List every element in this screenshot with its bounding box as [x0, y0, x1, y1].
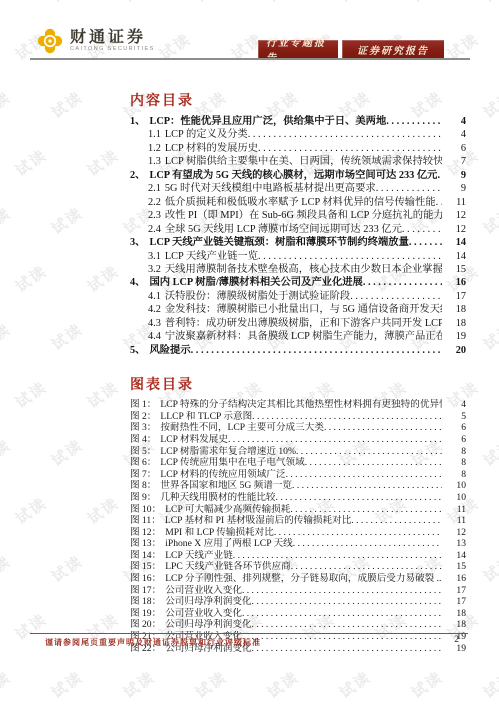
entry-title: LCP 传统应用集中在电子电气领域 — [160, 457, 304, 469]
entry-number: 图 9： — [130, 492, 160, 504]
entry-page: 14 — [442, 236, 466, 249]
toc-heading: 内容目录 — [130, 90, 466, 110]
entry-page: 18 — [442, 619, 466, 631]
entry-title: LCP 材料发展史 — [160, 434, 228, 446]
entry-number: 4.2 — [148, 303, 165, 316]
entry-number: 图 19： — [130, 608, 165, 620]
watermark-stamp: 试读 — [479, 86, 499, 123]
watermark-stamp: 试读 — [407, 0, 447, 7]
entry-page: 6 — [442, 434, 466, 446]
toc-entry: 4.4宁波聚嘉新材料：具备膜级 LCP 树脂生产能力，薄膜产品正在中试19 — [130, 330, 466, 343]
research-report-badge: 证券研究报告 — [342, 40, 444, 58]
entry-title: LCP 的定义及分类 — [165, 128, 248, 141]
entry-page: 12 — [442, 527, 466, 539]
figure-entry: 图 6：LCP 传统应用集中在电子电气领域8 — [130, 457, 466, 469]
watermark-stamp: 试读 — [47, 318, 87, 355]
leader-dots — [252, 411, 442, 423]
figure-entry: 图 20：公司归母净利润变化18 — [130, 619, 466, 631]
entry-title: LCP 树脂供给主要集中在美、日两国，传统领域需求保持较快增长. — [165, 155, 442, 168]
watermark-stamp: 试读 — [335, 666, 375, 703]
entry-number: 4.1 — [148, 290, 165, 303]
watermark-stamp: 试读 — [191, 666, 231, 703]
entry-page: 18 — [442, 608, 466, 620]
leader-dots — [363, 276, 442, 289]
entry-page: 4 — [442, 128, 466, 141]
entry-page: 13 — [442, 538, 466, 550]
entry-title: 5G 时代对天线模组中电路板基材提出更高要求 — [165, 182, 376, 195]
toc-entry: 1.3LCP 树脂供给主要集中在美、日两国，传统领域需求保持较快增长.7 — [130, 155, 466, 168]
entry-title: LCP 有望成为 5G 天线的核心膜材，远期市场空间可达 233 亿元 — [149, 169, 437, 182]
toc-entry: 5、风险提示20 — [130, 344, 466, 357]
leader-dots — [252, 596, 442, 608]
toc-entry: 4.1沃特股份：薄膜级树脂处于测试验证阶段17 — [130, 290, 466, 303]
figure-entry: 图 11：LCP 基材和 PI 基材吸湿前后的传输损耗对比11 — [130, 515, 466, 527]
entry-number: 4.4 — [148, 330, 165, 343]
entry-number: 图 17： — [130, 585, 165, 597]
leader-dots — [248, 128, 442, 141]
figure-entry: 图 14：LCP 天线产业链14 — [130, 550, 466, 562]
entry-title: 低介质损耗和极低吸水率赋予 LCP 材料优异的信号传输性能 — [165, 196, 436, 209]
entry-page: 6 — [442, 142, 466, 155]
report-page: 试读试读试读试读试读试读试读试读试读试读试读试读试读试读试读试读试读试读试读试读… — [0, 0, 499, 706]
entry-title: 世界各国家和地区 5G 频谱一览 — [160, 480, 292, 492]
brand-text: 财通证券 CAITONG SECURITIES — [70, 29, 155, 53]
leader-dots — [351, 515, 442, 527]
entry-title: 普利特：成功研发出薄膜级树脂，正和下游客户共同开发 LCP 薄膜 — [165, 317, 442, 330]
entry-number: 3.1 — [148, 250, 165, 263]
entry-number: 2、 — [130, 169, 149, 182]
figure-entry: 图 7：LCP 材料的传统应用领域广泛8 — [130, 469, 466, 481]
toc-entry: 2.15G 时代对天线模组中电路板基材提出更高要求9 — [130, 182, 466, 195]
entry-page: 11 — [442, 504, 466, 516]
watermark-stamp: 试读 — [47, 666, 87, 703]
leader-dots — [376, 182, 442, 195]
watermark-stamp: 试读 — [0, 86, 15, 123]
watermark-stamp: 试读 — [479, 202, 499, 239]
figure-entry: 图 9：几种天线用膜材的性能比较10 — [130, 492, 466, 504]
entry-title: 宁波聚嘉新材料：具备膜级 LCP 树脂生产能力，薄膜产品正在中试 — [165, 330, 442, 343]
watermark-stamp: 试读 — [479, 550, 499, 587]
entry-number: 2.2 — [148, 196, 165, 209]
entry-title: 金发科技：薄膜树脂已小批量出口，与 5G 通信设备商开发天线产品 — [165, 303, 442, 316]
watermark-stamp: 试读 — [191, 0, 231, 7]
watermark-stamp: 试读 — [0, 318, 15, 355]
entry-number: 图 1： — [130, 399, 160, 411]
entry-title: LCP 特殊的分子结构决定其相比其他热塑性材料拥有更独特的优异性能 — [160, 399, 442, 411]
entry-page: 5 — [442, 411, 466, 423]
brand-name-en: CAITONG SECURITIES — [70, 46, 155, 53]
watermark-stamp: 试读 — [0, 434, 15, 471]
leader-dots — [276, 492, 442, 504]
entry-title: LCP 天线产业链 — [165, 550, 233, 562]
brand-logo: 财通证券 CAITONG SECURITIES — [36, 27, 155, 55]
watermark-stamp: 试读 — [11, 260, 51, 297]
entry-number: 图 20： — [130, 619, 165, 631]
entry-number: 图 10： — [130, 504, 165, 516]
leader-dots — [324, 422, 442, 434]
leader-dots — [296, 446, 442, 458]
entry-page: 15 — [442, 561, 466, 573]
entry-page: 17 — [442, 596, 466, 608]
entry-number: 5、 — [130, 344, 149, 357]
leader-dots — [291, 561, 442, 573]
industry-report-badge: 行业专题报告 — [258, 40, 338, 58]
entry-page: 20 — [442, 344, 466, 357]
watermark-stamp: 试读 — [83, 260, 123, 297]
watermark-stamp: 试读 — [0, 0, 15, 7]
entry-title: LCP 材料的发展历史 — [165, 142, 258, 155]
entry-title: 天线用薄膜制备技术壁垒极高，核心技术由少数日本企业掌握 — [165, 263, 442, 276]
leader-dots — [409, 236, 442, 249]
leader-dots — [286, 469, 442, 481]
entry-title: LCP 材料的传统应用领域广泛 — [160, 469, 285, 481]
figure-entry: 图 15：LPC 天线产业链各环节供应商15 — [130, 561, 466, 573]
toc-entry: 2、LCP 有望成为 5G 天线的核心膜材，远期市场空间可达 233 亿元9 — [130, 169, 466, 182]
entry-page: 19 — [442, 330, 466, 343]
entry-page: 14 — [442, 550, 466, 562]
watermark-stamp: 试读 — [263, 0, 303, 7]
footer-page-number: 2 — [454, 635, 459, 645]
entry-page: 11 — [442, 196, 466, 209]
entry-number: 1、 — [130, 115, 149, 128]
watermark-stamp: 试读 — [479, 666, 499, 703]
entry-title: LCP 分子刚性强、排列规整，分子链易取向，成膜后受力易破裂 ... — [165, 573, 442, 585]
entry-number: 图 11： — [130, 515, 165, 527]
caitong-coin-logo-icon — [36, 27, 64, 55]
toc-entry: 1.2LCP 材料的发展历史6 — [130, 142, 466, 155]
entry-page: 9 — [442, 169, 466, 182]
entry-page: 18 — [442, 303, 466, 316]
leader-dots — [228, 434, 442, 446]
entry-number: 3.2 — [148, 263, 165, 276]
entry-title: LCP 可大幅减少高频传输损耗 — [165, 504, 290, 516]
entry-title: 公司营业收入变化 — [165, 608, 242, 620]
entry-title: 公司归母净利润变化 — [165, 596, 251, 608]
entry-number: 3、 — [130, 236, 149, 249]
report-type-badges: 行业专题报告 证券研究报告 — [258, 40, 444, 58]
leader-dots — [258, 142, 442, 155]
figure-entry: 图 10：LCP 可大幅减少高频传输损耗11 — [130, 504, 466, 516]
entry-page: 18 — [442, 317, 466, 330]
entry-title: LPC 天线产业链各环节供应商 — [165, 561, 291, 573]
figure-entry: 图 2：LLCP 和 TLCP 示意图5 — [130, 411, 466, 423]
entry-page: 11 — [442, 515, 466, 527]
watermark-stamp: 试读 — [263, 666, 303, 703]
toc-entry: 1.1LCP 的定义及分类4 — [130, 128, 466, 141]
entry-title: 全球 5G 天线用 LCP 薄膜市场空间远期可达 233 亿元 — [165, 223, 402, 236]
entry-page: 16 — [442, 573, 466, 585]
toc-entry: 1、LCP：性能优异且应用广泛，供给集中于日、美两地4 — [130, 115, 466, 128]
watermark-stamp: 试读 — [47, 550, 87, 587]
entry-page: 14 — [442, 250, 466, 263]
entry-page: 12 — [442, 209, 466, 222]
watermark-stamp: 试读 — [83, 492, 123, 529]
watermark-stamp: 试读 — [47, 202, 87, 239]
entry-number: 图 15： — [130, 561, 165, 573]
watermark-stamp: 试读 — [119, 666, 159, 703]
figure-entry: 图 8：世界各国家和地区 5G 频谱一览10 — [130, 480, 466, 492]
entry-page: 15 — [442, 263, 466, 276]
watermark-stamp: 试读 — [0, 202, 15, 239]
entry-page: 16 — [442, 276, 466, 289]
brand-name-cn: 财通证券 — [70, 29, 155, 46]
watermark-stamp: 试读 — [0, 666, 15, 703]
entry-title: LLCP 和 TLCP 示意图 — [160, 411, 252, 423]
entry-number: 图 2： — [130, 411, 160, 423]
entry-page: 12 — [442, 223, 466, 236]
toc-entry: 4、国内 LCP 树脂/薄膜材料相关公司及产业化进展16 — [130, 276, 466, 289]
entry-page: 8 — [442, 446, 466, 458]
watermark-stamp: 试读 — [335, 0, 375, 7]
figure-entry: 图 13：iPhone X 应用了两根 LCP 天线13 — [130, 538, 466, 550]
leader-dots — [252, 643, 442, 655]
entry-title: LCP：性能优异且应用广泛，供给集中于日、美两地 — [149, 115, 386, 128]
figure-entry: 图 16：LCP 分子刚性强、排列规整，分子链易取向，成膜后受力易破裂 ...1… — [130, 573, 466, 585]
entry-page: 9 — [442, 182, 466, 195]
entry-title: 几种天线用膜材的性能比较 — [160, 492, 275, 504]
entry-number: 图 3： — [130, 422, 160, 434]
header-divider — [30, 58, 470, 60]
toc-list: 1、LCP：性能优异且应用广泛，供给集中于日、美两地41.1LCP 的定义及分类… — [130, 115, 466, 357]
entry-number: 4、 — [130, 276, 149, 289]
watermark-stamp: 试读 — [47, 434, 87, 471]
figure-entry: 图 5：LCP 树脂需求年复合增速近 10%8 — [130, 446, 466, 458]
entry-title: 改性 PI（即 MPI）在 Sub-6G 频段具备和 LCP 分庭抗礼的能力 — [165, 209, 442, 222]
toc-entry: 4.2金发科技：薄膜树脂已小批量出口，与 5G 通信设备商开发天线产品18 — [130, 303, 466, 316]
entry-number: 图 7： — [130, 469, 160, 481]
watermark-stamp: 试读 — [479, 434, 499, 471]
leader-dots — [402, 223, 442, 236]
entry-number: 图 16： — [130, 573, 165, 585]
leader-dots — [305, 457, 442, 469]
toc-entry: 2.3改性 PI（即 MPI）在 Sub-6G 频段具备和 LCP 分庭抗礼的能… — [130, 209, 466, 222]
leader-dots — [386, 115, 442, 128]
watermark-stamp: 试读 — [11, 144, 51, 181]
entry-number: 2.4 — [148, 223, 165, 236]
toc-entry: 2.2低介质损耗和极低吸水率赋予 LCP 材料优异的信号传输性能11 — [130, 196, 466, 209]
figure-entry: 图 4：LCP 材料发展史6 — [130, 434, 466, 446]
watermark-stamp: 试读 — [83, 376, 123, 413]
entry-number: 图 5： — [130, 446, 160, 458]
leader-dots — [233, 550, 442, 562]
figure-list: 图 1：LCP 特殊的分子结构决定其相比其他热塑性材料拥有更独特的优异性能4图 … — [130, 399, 466, 654]
footer-divider — [30, 633, 468, 634]
leader-dots — [252, 619, 442, 631]
watermark-stamp: 试读 — [47, 86, 87, 123]
watermark-stamp: 试读 — [11, 492, 51, 529]
entry-number: 图 4： — [130, 434, 160, 446]
figure-entry: 图 3：按耐热性不同，LCP 主要可分成三大类6 — [130, 422, 466, 434]
entry-number: 图 13： — [130, 538, 165, 550]
watermark-stamp: 试读 — [47, 0, 87, 7]
leader-dots — [242, 608, 442, 620]
entry-page: 7 — [442, 155, 466, 168]
entry-page: 4 — [442, 115, 466, 128]
leader-dots — [258, 250, 442, 263]
leader-dots — [292, 480, 442, 492]
entry-title: LCP 天线产业链一览 — [165, 250, 258, 263]
entry-title: MPI 和 LCP 传输损耗对比 — [165, 527, 274, 539]
entry-title: 公司归母净利润变化 — [165, 619, 251, 631]
leader-dots — [242, 585, 442, 597]
leader-dots — [290, 504, 442, 516]
footer-disclaimer: 谨请参阅尾页重要声明及财通证券股票和行业评级标准 — [45, 637, 261, 648]
entry-number: 图 8： — [130, 480, 160, 492]
toc-entry: 4.3普利特：成功研发出薄膜级树脂，正和下游客户共同开发 LCP 薄膜18 — [130, 317, 466, 330]
entry-title: 沃特股份：薄膜级树脂处于测试验证阶段 — [165, 290, 350, 303]
entry-page: 8 — [442, 457, 466, 469]
entry-title: LCP 树脂需求年复合增速近 10% — [160, 446, 296, 458]
entry-title: 风险提示 — [149, 344, 190, 357]
content-area: 内容目录 1、LCP：性能优异且应用广泛，供给集中于日、美两地41.1LCP 的… — [130, 90, 466, 654]
watermark-stamp: 试读 — [0, 550, 15, 587]
leader-dots — [293, 538, 442, 550]
entry-title: 按耐热性不同，LCP 主要可分成三大类 — [160, 422, 324, 434]
entry-page: 4 — [442, 399, 466, 411]
entry-page: 8 — [442, 469, 466, 481]
watermark-stamp: 试读 — [119, 0, 159, 7]
entry-number: 1.2 — [148, 142, 165, 155]
watermark-stamp: 试读 — [479, 0, 499, 7]
entry-page: 17 — [442, 585, 466, 597]
entry-number: 图 18： — [130, 596, 165, 608]
toc-entry: 3、LCP 天线产业链关键瓶颈：树脂和薄膜环节制约终端放量14 — [130, 236, 466, 249]
watermark-stamp: 试读 — [407, 666, 447, 703]
entry-page: 6 — [442, 422, 466, 434]
toc-entry: 3.2天线用薄膜制备技术壁垒极高，核心技术由少数日本企业掌握15 — [130, 263, 466, 276]
leader-dots — [191, 344, 442, 357]
watermark-stamp: 试读 — [479, 318, 499, 355]
figure-entry: 图 12：MPI 和 LCP 传输损耗对比12 — [130, 527, 466, 539]
entry-title: LCP 天线产业链关键瓶颈：树脂和薄膜环节制约终端放量 — [149, 236, 408, 249]
figures-heading: 图表目录 — [130, 374, 466, 394]
figure-entry: 图 1：LCP 特殊的分子结构决定其相比其他热塑性材料拥有更独特的优异性能4 — [130, 399, 466, 411]
leader-dots — [350, 290, 442, 303]
entry-number: 2.3 — [148, 209, 165, 222]
entry-number: 1.3 — [148, 155, 165, 168]
entry-title: LCP 基材和 PI 基材吸湿前后的传输损耗对比 — [165, 515, 351, 527]
entry-number: 图 14： — [130, 550, 165, 562]
toc-entry: 2.4全球 5G 天线用 LCP 薄膜市场空间远期可达 233 亿元12 — [130, 223, 466, 236]
leader-dots — [274, 527, 442, 539]
entry-page: 10 — [442, 492, 466, 504]
entry-number: 2.1 — [148, 182, 165, 195]
entry-page: 10 — [442, 480, 466, 492]
figure-entry: 图 19：公司营业收入变化18 — [130, 608, 466, 620]
entry-number: 图 6： — [130, 457, 160, 469]
toc-entry: 3.1LCP 天线产业链一览14 — [130, 250, 466, 263]
entry-title: iPhone X 应用了两根 LCP 天线 — [165, 538, 293, 550]
entry-number: 4.3 — [148, 317, 165, 330]
entry-page: 17 — [442, 290, 466, 303]
entry-title: 国内 LCP 树脂/薄膜材料相关公司及产业化进展 — [149, 276, 362, 289]
figure-entry: 图 18：公司归母净利润变化17 — [130, 596, 466, 608]
entry-number: 1.1 — [148, 128, 165, 141]
figure-entry: 图 17：公司营业收入变化17 — [130, 585, 466, 597]
watermark-stamp: 试读 — [83, 144, 123, 181]
entry-title: 公司营业收入变化 — [165, 585, 242, 597]
entry-number: 图 12： — [130, 527, 165, 539]
watermark-stamp: 试读 — [11, 376, 51, 413]
